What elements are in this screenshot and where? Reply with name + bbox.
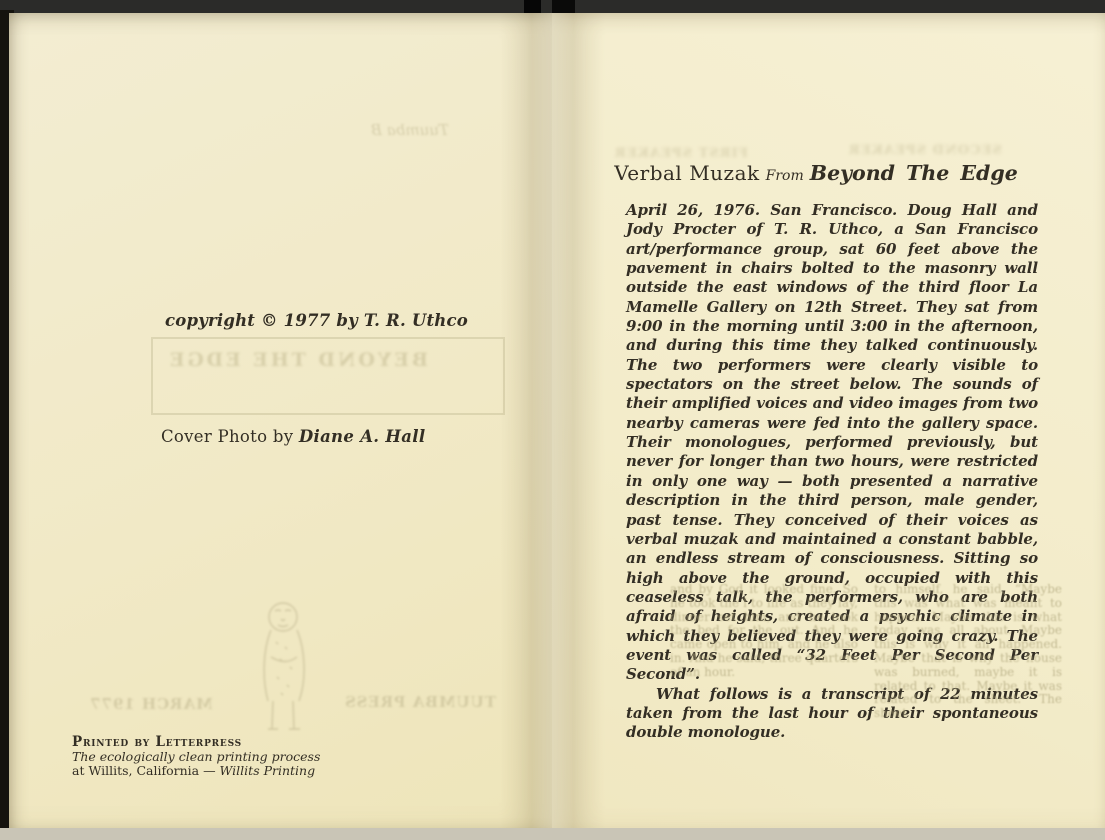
ghost-title-box: BEYOND THE EDGE — [151, 337, 505, 415]
copyright-line: copyright © 1977 by T. R. Uthco — [165, 311, 468, 330]
chapter-title: Verbal MuzakFromBeyond The Edge — [598, 161, 1034, 185]
ghost-showthrough-heading: SECOND SPEAKER — [848, 143, 1002, 158]
ghost-title-text: BEYOND THE EDGE — [167, 349, 428, 371]
cover-photo-prefix: Cover Photo by — [161, 427, 299, 446]
ghost-showthrough-heading: FIRST SPEAKER — [614, 146, 748, 161]
colophon-line-3: at Willits, California — Willits Printin… — [72, 764, 320, 779]
title-roman-part: Verbal Muzak — [614, 161, 759, 185]
ghost-showthrough-text: Tuumba B — [371, 121, 449, 139]
left-page: Tuumba B copyright © 1977 by T. R. Uthco… — [9, 13, 552, 828]
ghost-column-left: and by God it looked fine. So he took th… — [670, 583, 858, 721]
ghost-column-right: to himself, he said, “Maybe this was wha… — [874, 583, 1062, 721]
title-connector: From — [766, 168, 804, 184]
right-page: FIRST SPEAKER SECOND SPEAKER Verbal Muza… — [552, 13, 1105, 828]
ghost-showthrough-text: MARCH 1977 — [89, 695, 213, 713]
title-bold-part: Beyond The Edge — [810, 161, 1018, 185]
colophon-line-2: The ecologically clean printing process — [72, 750, 320, 765]
scanner-bottom-strip — [0, 828, 1105, 840]
cover-photo-credit: Cover Photo by Diane A. Hall — [161, 427, 425, 446]
colophon-line-1: Printed by Letterpress — [72, 735, 320, 750]
cover-photo-name: Diane A. Hall — [299, 427, 426, 446]
ghost-showthrough-columns: and by God it looked fine. So he took th… — [670, 583, 1062, 721]
ghost-showthrough-text: TUUMBA PRESS — [344, 693, 496, 711]
printer-colophon: Printed by Letterpress The ecologically … — [72, 735, 320, 779]
ghost-figure-illustration — [235, 597, 330, 739]
